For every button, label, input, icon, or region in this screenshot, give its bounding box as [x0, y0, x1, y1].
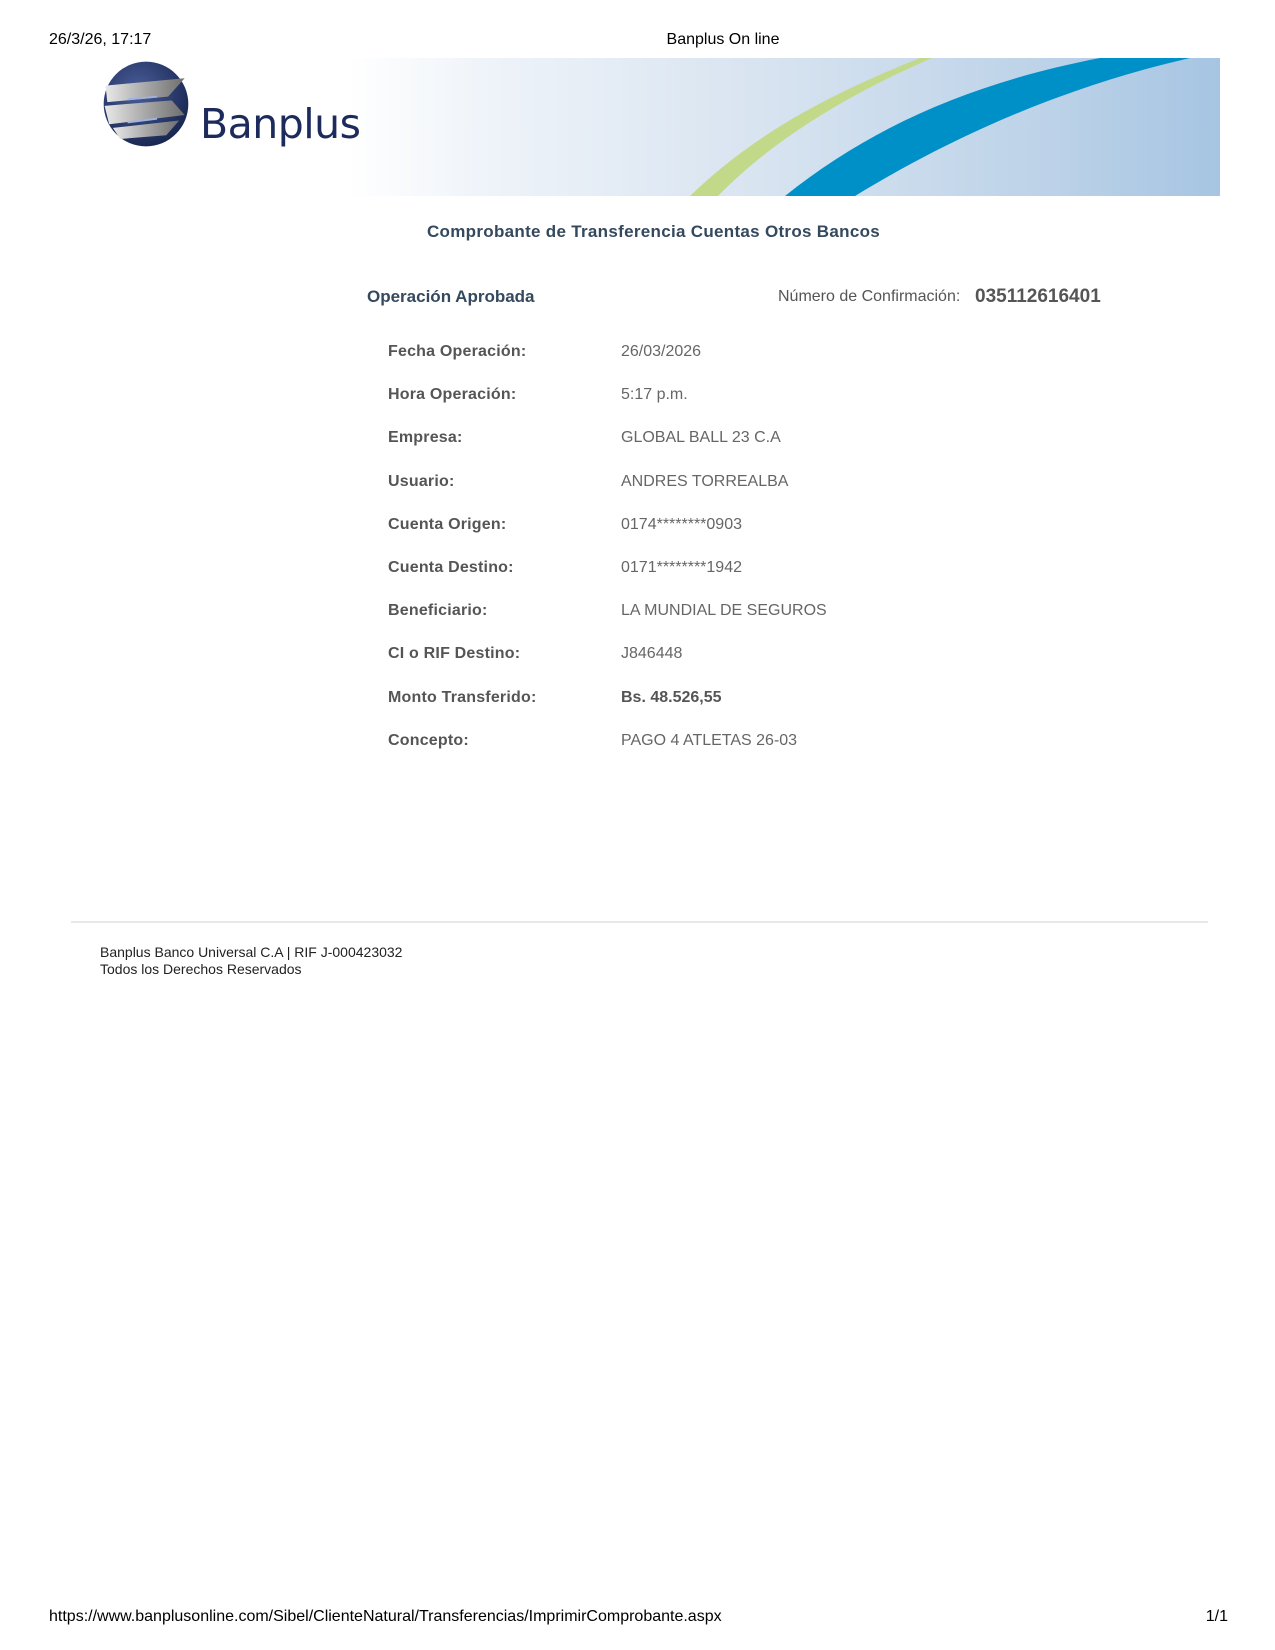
brand-wordmark: Banplus	[200, 100, 361, 148]
detail-label: Monto Transferido:	[388, 689, 621, 707]
detail-value: GLOBAL BALL 23 C.A	[621, 429, 781, 447]
confirmation-label: Número de Confirmación:	[778, 288, 960, 306]
detail-row-usuario: Usuario: ANDRES TORREALBA	[388, 473, 827, 516]
detail-value: PAGO 4 ATLETAS 26-03	[621, 732, 797, 750]
detail-row-beneficiario: Beneficiario: LA MUNDIAL DE SEGUROS	[388, 602, 827, 645]
transfer-details: Fecha Operación: 26/03/2026 Hora Operaci…	[388, 343, 827, 775]
detail-row-hora: Hora Operación: 5:17 p.m.	[388, 386, 827, 429]
header-banner: Banplus	[100, 58, 1220, 196]
detail-label: CI o RIF Destino:	[388, 645, 621, 663]
detail-value: 0171********1942	[621, 559, 742, 577]
detail-row-cuenta-origen: Cuenta Origen: 0174********0903	[388, 516, 827, 559]
detail-label: Concepto:	[388, 732, 621, 750]
detail-value: 26/03/2026	[621, 343, 701, 361]
transfer-amount: Bs. 48.526,55	[621, 689, 722, 707]
detail-value: 5:17 p.m.	[621, 386, 688, 404]
footer-divider	[71, 921, 1208, 923]
detail-value: ANDRES TORREALBA	[621, 473, 788, 491]
print-page-title: Banplus On line	[0, 31, 1275, 49]
detail-label: Fecha Operación:	[388, 343, 621, 361]
footer-company: Banplus Banco Universal C.A | RIF J-0004…	[100, 944, 402, 961]
detail-row-monto: Monto Transferido: Bs. 48.526,55	[388, 689, 827, 732]
confirmation-number: 035112616401	[975, 286, 1101, 308]
print-url: https://www.banplusonline.com/Sibel/Clie…	[49, 1608, 722, 1626]
detail-label: Cuenta Origen:	[388, 516, 621, 534]
detail-label: Cuenta Destino:	[388, 559, 621, 577]
operation-status: Operación Aprobada	[367, 287, 535, 307]
detail-value: LA MUNDIAL DE SEGUROS	[621, 602, 827, 620]
footer-rights: Todos los Derechos Reservados	[100, 961, 402, 978]
print-page-number: 1/1	[1206, 1608, 1228, 1626]
banplus-logo-icon	[100, 58, 192, 150]
detail-label: Empresa:	[388, 429, 621, 447]
detail-row-concepto: Concepto: PAGO 4 ATLETAS 26-03	[388, 732, 827, 775]
footer-legal: Banplus Banco Universal C.A | RIF J-0004…	[100, 944, 402, 977]
detail-value: J846448	[621, 645, 682, 663]
detail-label: Beneficiario:	[388, 602, 621, 620]
detail-row-empresa: Empresa: GLOBAL BALL 23 C.A	[388, 429, 827, 472]
detail-row-fecha: Fecha Operación: 26/03/2026	[388, 343, 827, 386]
detail-label: Hora Operación:	[388, 386, 621, 404]
document-title: Comprobante de Transferencia Cuentas Otr…	[0, 222, 1275, 242]
detail-value: 0174********0903	[621, 516, 742, 534]
detail-label: Usuario:	[388, 473, 621, 491]
detail-row-cuenta-destino: Cuenta Destino: 0171********1942	[388, 559, 827, 602]
detail-row-rif-destino: CI o RIF Destino: J846448	[388, 645, 827, 688]
